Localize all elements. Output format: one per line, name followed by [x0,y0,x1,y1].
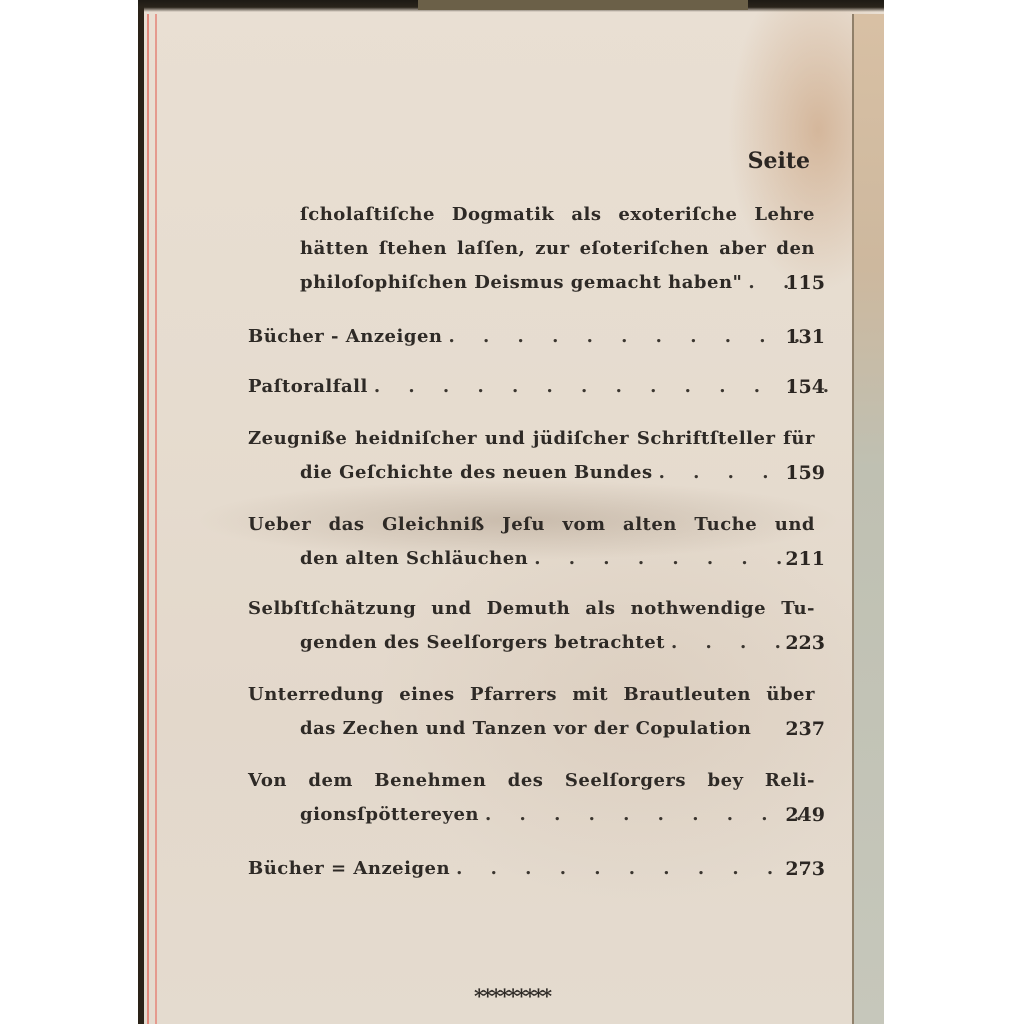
toc-line: Paſtoralfall. . . . . . . . . . . . . .1… [248,370,815,404]
toc-title-text: das Zechen und Tanzen vor der Copulation [300,718,751,739]
toc-line: ſcholaſtiſche Dogmatik als exoteriſche L… [248,198,815,232]
toc-entry: Unterredung eines Pfarrers mit Brautleut… [248,678,815,746]
toc-line: gionsſpöttereyen. . . . . . . . . .249 [248,798,815,832]
toc-title-text: genden des Seelſorgers betrachtet [300,632,665,653]
page-number: 159 [785,456,825,490]
page-number: 237 [785,712,825,746]
toc-line: Bücher = Anzeigen. . . . . . . . . . .27… [248,852,815,886]
toc-title-text: philoſophiſchen Deismus gemacht haben" [300,272,742,293]
page-number: 223 [785,626,825,660]
toc-line: Von dem Benehmen des Seelſorgers bey Rel… [248,764,815,798]
toc-title-text: ſcholaſtiſche Dogmatik als exoteriſche L… [300,198,815,232]
toc-line: hätten ſtehen laſſen, zur eſoteriſchen a… [248,232,815,266]
toc-line: den alten Schläuchen. . . . . . . .211 [248,542,815,576]
leader-dots: . . . . . . . . . . . . . . [374,376,840,397]
toc-line: philoſophiſchen Deismus gemacht haben". … [248,266,815,300]
margin-rule [147,14,149,1024]
leader-dots: . . . . . . . . . . [485,804,813,825]
toc-title-text: den alten Schläuchen [300,548,528,569]
toc-title-text: hätten ſtehen laſſen, zur eſoteriſchen a… [300,232,815,266]
toc-line: Selbſtſchätzung und Demuth als nothwendi… [248,592,815,626]
toc-title-text: Bücher = Anzeigen [248,858,450,879]
toc-entry: Von dem Benehmen des Seelſorgers bey Rel… [248,764,815,832]
toc-entry: Zeugniße heidniſcher und jüdiſcher Schri… [248,422,815,490]
toc-entry: Ueber das Gleichniß Jeſu vom alten Tuche… [248,508,815,576]
toc-title-text: Ueber das Gleichniß Jeſu vom alten Tuche… [248,508,815,542]
top-binding-band [418,0,748,10]
toc-title-text: Von dem Benehmen des Seelſorgers bey Rel… [248,764,815,798]
page-number: 115 [785,266,825,300]
toc-title-text: Selbſtſchätzung und Demuth als nothwendi… [248,592,815,626]
page-number: 249 [785,798,825,832]
toc-entry: Bücher - Anzeigen. . . . . . . . . . .13… [248,320,815,354]
page-edge-shadow [138,0,144,1024]
leader-dots: . . . . [659,462,780,483]
page-number: 154 [785,370,825,404]
page-column-header: Seite [748,148,810,174]
leader-dots: . . . . . . . . . . . [456,858,819,879]
page-number: 211 [785,542,825,576]
next-page-edge [854,14,884,1024]
footer-ornament: ********* [474,984,550,1008]
toc-line: Zeugniße heidniſcher und jüdiſcher Schri… [248,422,815,456]
page-number: 273 [785,852,825,886]
book-page: Seite ſcholaſtiſche Dogmatik als exoteri… [138,0,884,1024]
toc-title-text: die Geſchichte des neuen Bundes [300,462,653,483]
toc-line: Bücher - Anzeigen. . . . . . . . . . .13… [248,320,815,354]
toc-entry: Selbſtſchätzung und Demuth als nothwendi… [248,592,815,660]
toc-title-text: gionsſpöttereyen [300,804,479,825]
toc-line: genden des Seelſorgers betrachtet. . . .… [248,626,815,660]
toc-line: das Zechen und Tanzen vor der Copulation… [248,712,815,746]
toc-title-text: Zeugniße heidniſcher und jüdiſcher Schri… [248,422,815,456]
leader-dots: . . . . . . . . . . . [448,326,811,347]
toc-title-text: Unterredung eines Pfarrers mit Brautleut… [248,678,815,712]
toc-title-text: Paſtoralfall [248,376,368,397]
toc-line: Ueber das Gleichniß Jeſu vom alten Tuche… [248,508,815,542]
toc-line: die Geſchichte des neuen Bundes. . . .15… [248,456,815,490]
toc-entry: Bücher = Anzeigen. . . . . . . . . . .27… [248,852,815,886]
leader-dots: . . . . . . . . [534,548,793,569]
page-number: 131 [785,320,825,354]
toc-entry: ſcholaſtiſche Dogmatik als exoteriſche L… [248,198,815,300]
margin-rule [155,14,157,1024]
toc-title-text: Bücher - Anzeigen [248,326,442,347]
toc-entry: Paſtoralfall. . . . . . . . . . . . . .1… [248,370,815,404]
toc-line: Unterredung eines Pfarrers mit Brautleut… [248,678,815,712]
leader-dots: . . . . [671,632,792,653]
